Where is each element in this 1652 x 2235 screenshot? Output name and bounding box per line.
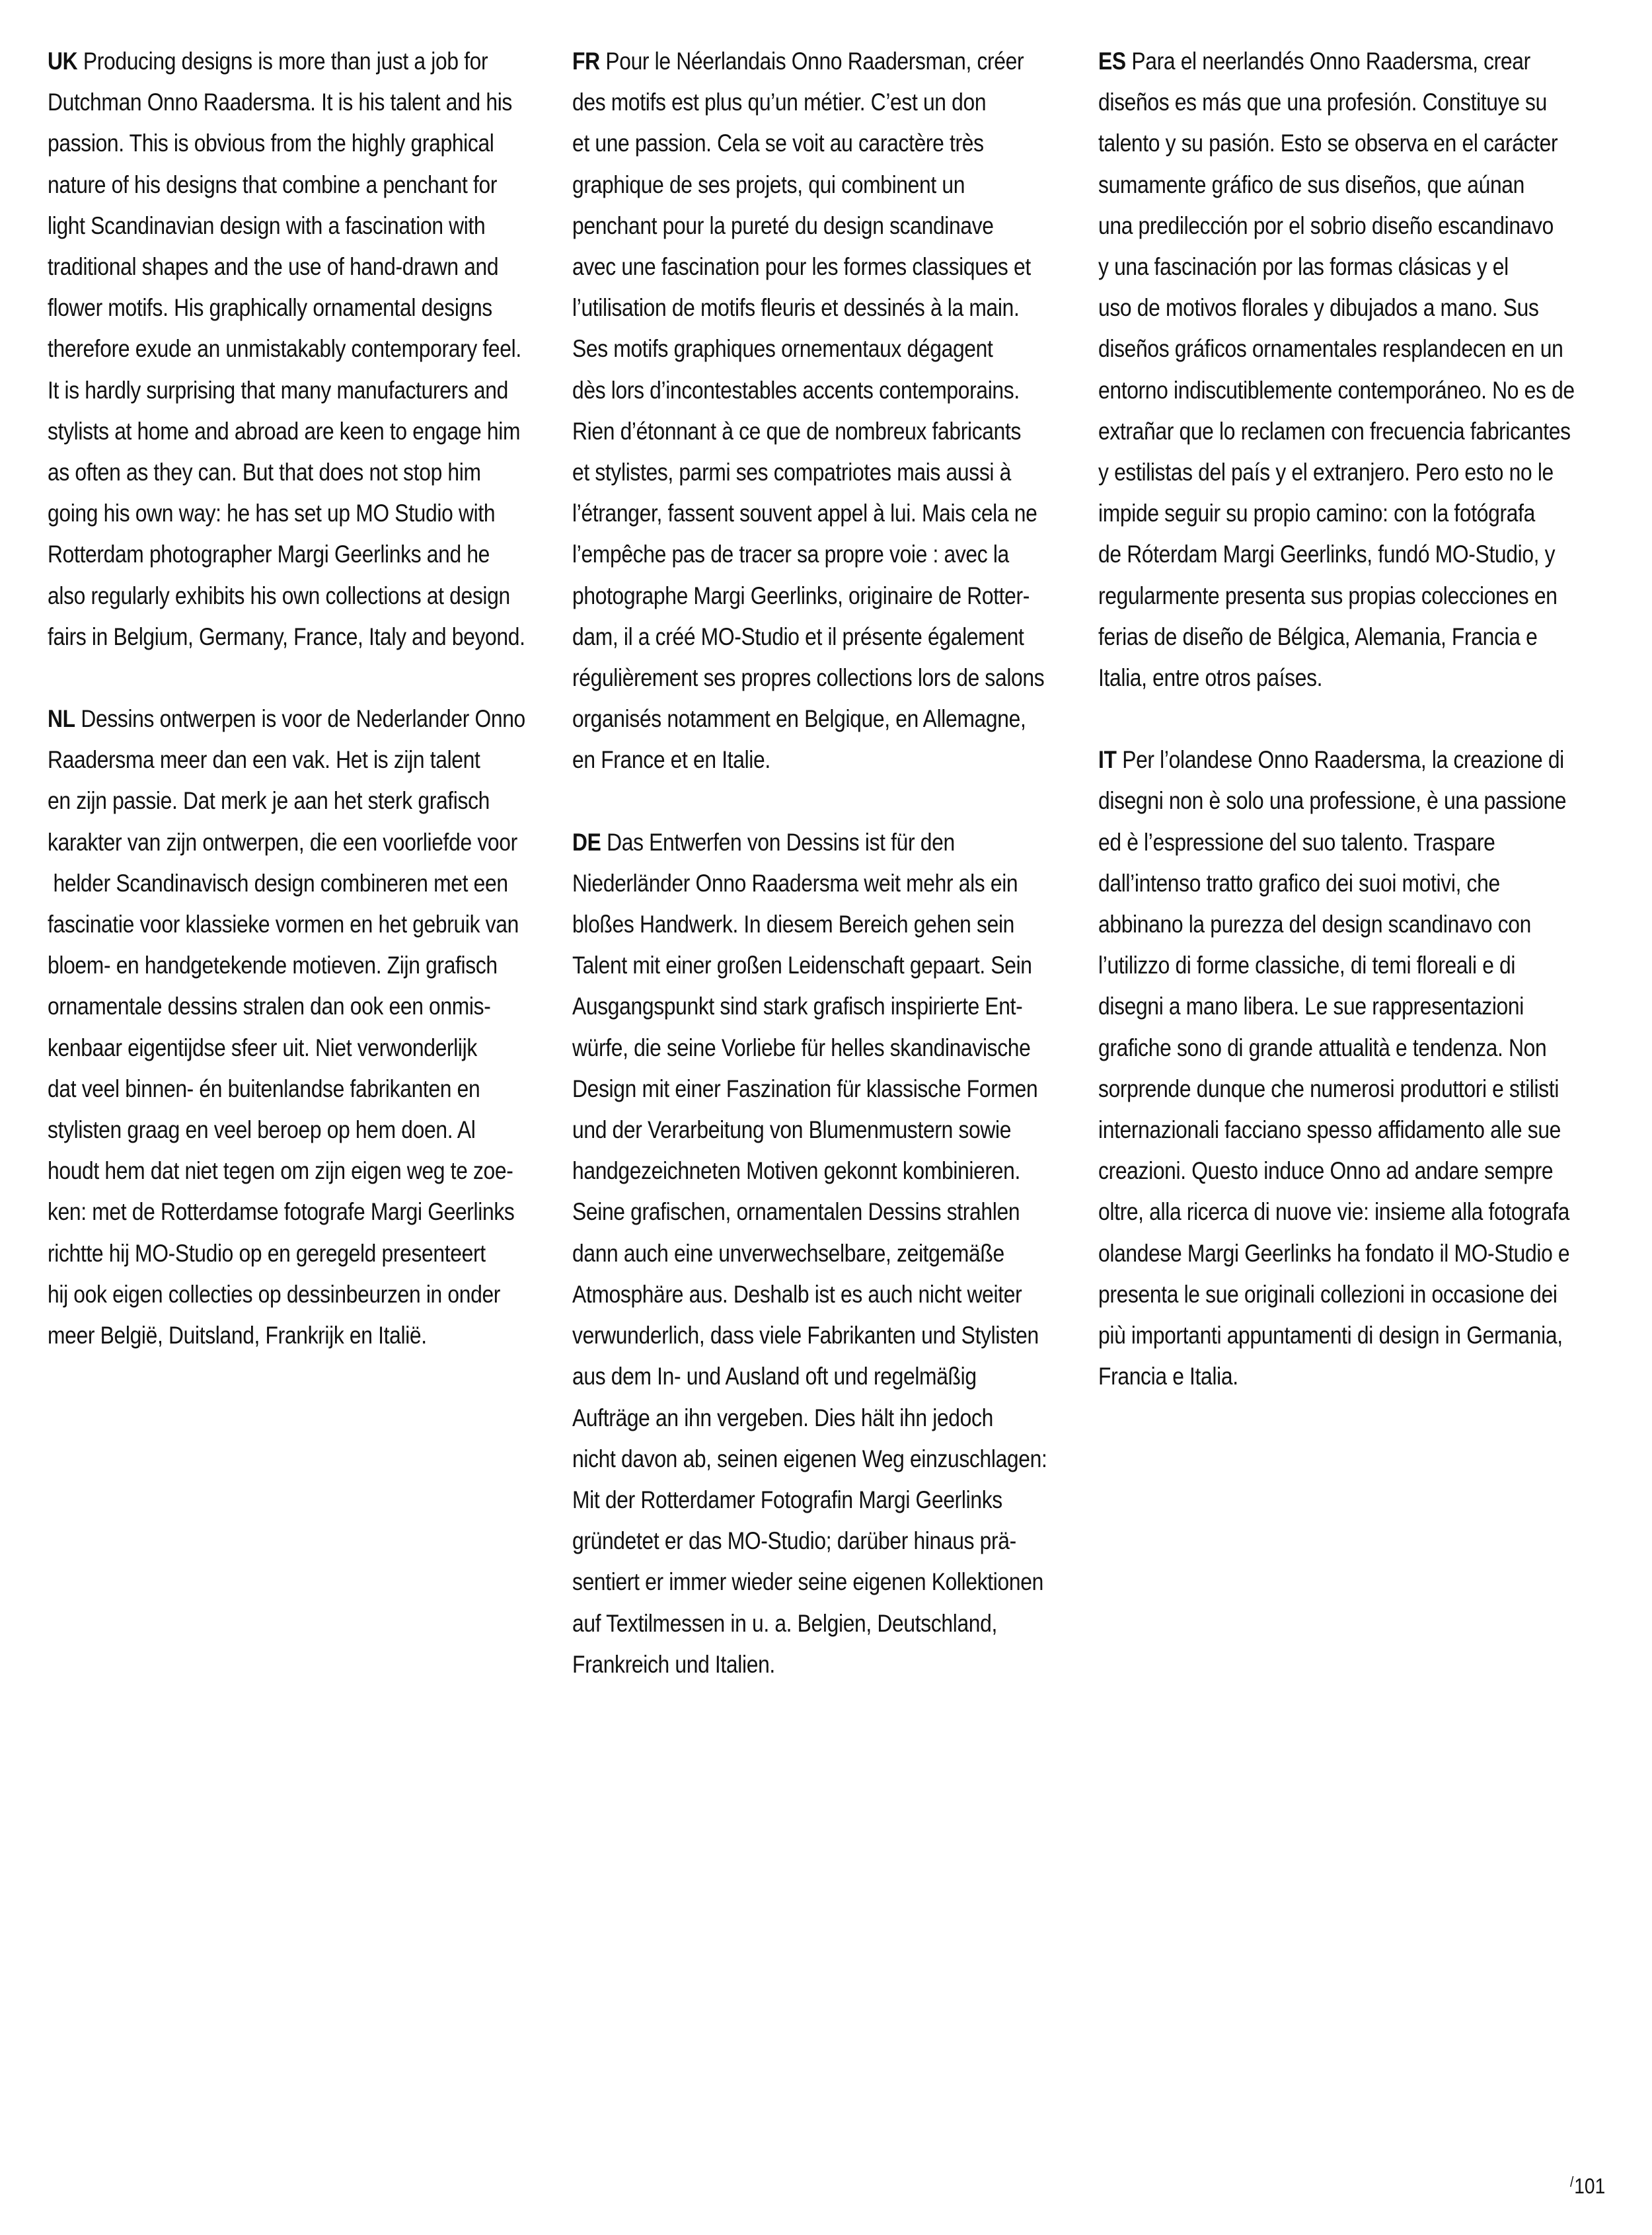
text-line: auf Textilmessen in u. a. Belgien, Deuts… bbox=[572, 1603, 1095, 1644]
text-line: fascinatie voor klassieke vormen en het … bbox=[48, 904, 570, 945]
text-line: olandese Margi Geerlinks ha fondato il M… bbox=[1098, 1233, 1621, 1274]
text-line: Rotterdam photographer Margi Geerlinks a… bbox=[48, 534, 570, 575]
text-line: graphique de ses projets, qui combinent … bbox=[572, 165, 1095, 206]
language-code-nl: NL bbox=[48, 705, 75, 732]
text-line: avec une fascination pour les formes cla… bbox=[572, 246, 1095, 287]
text-line: It is hardly surprising that many manufa… bbox=[48, 370, 570, 411]
text-line: più importanti appuntamenti di design in… bbox=[1098, 1315, 1621, 1356]
language-code-de: DE bbox=[572, 829, 601, 856]
page-number: /101 bbox=[1570, 2169, 1605, 2199]
text-line: Frankreich und Italien. bbox=[572, 1644, 1095, 1685]
paragraph-de: DEDas Entwerfen von Dessins ist für den … bbox=[572, 822, 1094, 1685]
text-line: as often as they can. But that does not … bbox=[48, 452, 570, 493]
text-line: dam, il a créé MO-Studio et il présente … bbox=[572, 617, 1095, 658]
text-line: UKProducing designs is more than just a … bbox=[48, 41, 570, 82]
text-line: presenta le sue originali collezioni in … bbox=[1098, 1274, 1621, 1315]
language-code-uk: UK bbox=[48, 48, 77, 75]
text-line: light Scandinavian design with a fascina… bbox=[48, 206, 570, 246]
text-line: diseños gráficos ornamentales resplandec… bbox=[1098, 328, 1621, 369]
text-line: richtte hij MO-Studio op en geregeld pre… bbox=[48, 1233, 570, 1274]
text-line: going his own way: he has set up MO Stud… bbox=[48, 493, 570, 534]
text-line: passion. This is obvious from the highly… bbox=[48, 123, 570, 164]
text-line: bloßes Handwerk. In diesem Bereich gehen… bbox=[572, 904, 1095, 945]
paragraph-it: ITPer l’olandese Onno Raadersma, la crea… bbox=[1098, 739, 1620, 1397]
text-line: therefore exude an unmistakably contempo… bbox=[48, 328, 570, 369]
text-line: grafiche sono di grande attualità e tend… bbox=[1098, 1028, 1621, 1069]
text-line: fairs in Belgium, Germany, France, Italy… bbox=[48, 617, 570, 658]
text-line: und der Verarbeitung von Blumenmustern s… bbox=[572, 1110, 1095, 1151]
text-line: diseños es más que una profesión. Consti… bbox=[1098, 82, 1621, 123]
text-line: karakter van zijn ontwerpen, die een voo… bbox=[48, 822, 570, 863]
text-line: Mit der Rotterdamer Fotografin Margi Gee… bbox=[572, 1480, 1095, 1521]
text-line: ed è l’espressione del suo talento. Tras… bbox=[1098, 822, 1621, 863]
text-line: Aufträge an ihn vergeben. Dies hält ihn … bbox=[572, 1398, 1095, 1439]
text-line: dall’intenso tratto grafico dei suoi mot… bbox=[1098, 863, 1621, 904]
text-line: Rien d’étonnant à ce que de nombreux fab… bbox=[572, 411, 1095, 452]
text-line: Talent mit einer großen Leidenschaft gep… bbox=[572, 945, 1095, 986]
text-line: hij ook eigen collecties op dessinbeurze… bbox=[48, 1274, 570, 1315]
text-line: dat veel binnen- én buitenlandse fabrika… bbox=[48, 1069, 570, 1110]
page-number-value: 101 bbox=[1574, 2174, 1605, 2198]
text-line: l’empêche pas de tracer sa propre voie :… bbox=[572, 534, 1095, 575]
text-line: regularmente presenta sus propias colecc… bbox=[1098, 576, 1621, 617]
language-code-it: IT bbox=[1098, 746, 1117, 773]
text-line: traditional shapes and the use of hand-d… bbox=[48, 246, 570, 287]
text-line: verwunderlich, dass viele Fabrikanten un… bbox=[572, 1315, 1095, 1356]
text-line: entorno indiscutiblemente contemporáneo.… bbox=[1098, 370, 1621, 411]
paragraph-es: ESPara el neerlandés Onno Raadersma, cre… bbox=[1098, 41, 1620, 699]
text-line: Seine grafischen, ornamentalen Dessins s… bbox=[572, 1192, 1095, 1232]
text-line: dann auch eine unverwechselbare, zeitgem… bbox=[572, 1233, 1095, 1274]
text-line: Niederländer Onno Raadersma weit mehr al… bbox=[572, 863, 1095, 904]
text-line: stylists at home and abroad are keen to … bbox=[48, 411, 570, 452]
paragraph-fr: FRPour le Néerlandais Onno Raadersman, c… bbox=[572, 41, 1094, 781]
text-line: DEDas Entwerfen von Dessins ist für den bbox=[572, 822, 1095, 863]
text-line: nicht davon ab, seinen eigenen Weg einzu… bbox=[572, 1439, 1095, 1480]
text-line: y una fascinación por las formas clásica… bbox=[1098, 246, 1621, 287]
text-line: Francia e Italia. bbox=[1098, 1356, 1621, 1397]
text-line: talento y su pasión. Esto se observa en … bbox=[1098, 123, 1621, 164]
text-line: des motifs est plus qu’un métier. C’est … bbox=[572, 82, 1095, 123]
text-line: disegni a mano libera. Le sue rappresent… bbox=[1098, 986, 1621, 1027]
text-line: ferias de diseño de Bélgica, Alemania, F… bbox=[1098, 617, 1621, 658]
text-line: penchant pour la pureté du design scandi… bbox=[572, 206, 1095, 246]
text-line: helder Scandinavisch design combineren m… bbox=[48, 863, 570, 904]
text-line: flower motifs. His graphically ornamenta… bbox=[48, 287, 570, 328]
text-line: houdt hem dat niet tegen om zijn eigen w… bbox=[48, 1151, 570, 1192]
text-line: meer België, Duitsland, Frankrijk en Ita… bbox=[48, 1315, 570, 1356]
text-line: extrañar que lo reclamen con frecuencia … bbox=[1098, 411, 1621, 452]
text-line: creazioni. Questo induce Onno ad andare … bbox=[1098, 1151, 1621, 1192]
text-line: l’utilisation de motifs fleuris et dessi… bbox=[572, 287, 1095, 328]
text-line: en zijn passie. Dat merk je aan het ster… bbox=[48, 780, 570, 821]
text-line: impide seguir su propio camino: con la f… bbox=[1098, 493, 1621, 534]
text-column-2: FRPour le Néerlandais Onno Raadersman, c… bbox=[572, 41, 1094, 1726]
text-line: disegni non è solo una professione, è un… bbox=[1098, 780, 1621, 821]
text-line: NLDessins ontwerpen is voor de Nederland… bbox=[48, 699, 570, 739]
text-line: organisés notamment en Belgique, en Alle… bbox=[572, 699, 1095, 739]
text-line: sorprende dunque che numerosi produttori… bbox=[1098, 1069, 1621, 1110]
text-line: FRPour le Néerlandais Onno Raadersman, c… bbox=[572, 41, 1095, 82]
text-line: würfe, die seine Vorliebe für helles ska… bbox=[572, 1028, 1095, 1069]
text-line: stylisten graag en veel beroep op hem do… bbox=[48, 1110, 570, 1151]
text-line: ESPara el neerlandés Onno Raadersma, cre… bbox=[1098, 41, 1621, 82]
text-line: photographe Margi Geerlinks, originaire … bbox=[572, 576, 1095, 617]
text-line: et stylistes, parmi ses compatriotes mai… bbox=[572, 452, 1095, 493]
text-column-1: UKProducing designs is more than just a … bbox=[48, 41, 570, 1397]
text-line: ITPer l’olandese Onno Raadersma, la crea… bbox=[1098, 739, 1621, 780]
text-line: Dutchman Onno Raadersma. It is his talen… bbox=[48, 82, 570, 123]
text-line: Atmosphäre aus. Deshalb ist es auch nich… bbox=[572, 1274, 1095, 1315]
text-line: et une passion. Cela se voit au caractèr… bbox=[572, 123, 1095, 164]
text-column-3: ESPara el neerlandés Onno Raadersma, cre… bbox=[1098, 41, 1620, 1439]
text-line: en France et en Italie. bbox=[572, 739, 1095, 780]
text-line: aus dem In- und Ausland oft und regelmäß… bbox=[572, 1356, 1095, 1397]
text-line: uso de motivos florales y dibujados a ma… bbox=[1098, 287, 1621, 328]
text-line: l’étranger, fassent souvent appel à lui.… bbox=[572, 493, 1095, 534]
text-line: l’utilizzo di forme classiche, di temi f… bbox=[1098, 945, 1621, 986]
text-line: Design mit einer Faszination für klassis… bbox=[572, 1069, 1095, 1110]
text-line: una predilección por el sobrio diseño es… bbox=[1098, 206, 1621, 246]
text-line: de Róterdam Margi Geerlinks, fundó MO-St… bbox=[1098, 534, 1621, 575]
text-line: abbinano la purezza del design scandinav… bbox=[1098, 904, 1621, 945]
text-line: oltre, alla ricerca di nuove vie: insiem… bbox=[1098, 1192, 1621, 1232]
text-line: y estilistas del país y el extranjero. P… bbox=[1098, 452, 1621, 493]
text-line: Raadersma meer dan een vak. Het is zijn … bbox=[48, 739, 570, 780]
text-line: Ausgangspunkt sind stark grafisch inspir… bbox=[572, 986, 1095, 1027]
text-line: sentiert er immer wieder seine eigenen K… bbox=[572, 1562, 1095, 1603]
text-line: handgezeichneten Motiven gekonnt kombini… bbox=[572, 1151, 1095, 1192]
paragraph-uk: UKProducing designs is more than just a … bbox=[48, 41, 570, 658]
text-line: Ses motifs graphiques ornementaux dégage… bbox=[572, 328, 1095, 369]
language-code-fr: FR bbox=[572, 48, 600, 75]
text-line: dès lors d’incontestables accents contem… bbox=[572, 370, 1095, 411]
text-line: sumamente gráfico de sus diseños, que aú… bbox=[1098, 165, 1621, 206]
document-page: UKProducing designs is more than just a … bbox=[0, 0, 1652, 2235]
text-line: kenbaar eigentijdse sfeer uit. Niet verw… bbox=[48, 1028, 570, 1069]
text-line: ken: met de Rotterdamse fotografe Margi … bbox=[48, 1192, 570, 1232]
text-line: nature of his designs that combine a pen… bbox=[48, 165, 570, 206]
page-number-prefix: / bbox=[1570, 2174, 1573, 2190]
text-line: also regularly exhibits his own collecti… bbox=[48, 576, 570, 617]
text-line: gründetet er das MO-Studio; darüber hina… bbox=[572, 1521, 1095, 1562]
text-line: internazionali facciano spesso affidamen… bbox=[1098, 1110, 1621, 1151]
text-line: ornamentale dessins stralen dan ook een … bbox=[48, 986, 570, 1027]
language-code-es: ES bbox=[1098, 48, 1126, 75]
text-line: régulièrement ses propres collections lo… bbox=[572, 658, 1095, 699]
text-line: bloem- en handgetekende motieven. Zijn g… bbox=[48, 945, 570, 986]
paragraph-nl: NLDessins ontwerpen is voor de Nederland… bbox=[48, 699, 570, 1356]
text-line: Italia, entre otros países. bbox=[1098, 658, 1621, 699]
